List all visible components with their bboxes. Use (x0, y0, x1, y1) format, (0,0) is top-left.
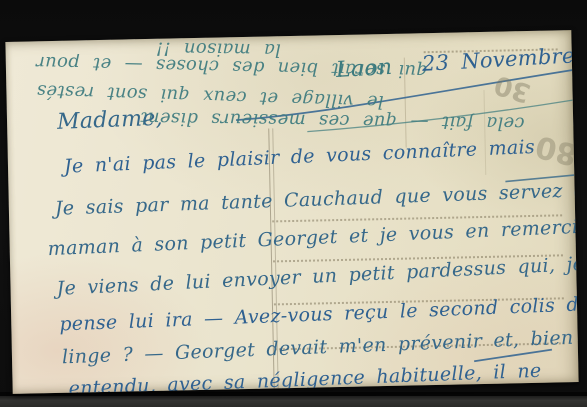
last-line-pre: entendu, avec sa (68, 371, 257, 394)
inverted-message-line: cela fait — que ces messieurs disent (140, 107, 525, 133)
pencil-mark: 80 (532, 128, 578, 172)
underlined-word: négligence (256, 366, 365, 393)
pencil-mark: 30 (491, 69, 534, 108)
salutation: Madame, (57, 106, 164, 135)
scan-background: la maison !! qui serait bien des choses … (0, 0, 587, 407)
inverted-message-line: le village et ceux qui sont restés (36, 80, 384, 112)
last-line-post: habituelle, il ne (365, 360, 542, 389)
message-line: Je sais par ma tante Cauchaud que vous s… (55, 179, 579, 220)
message-line: Je n'ai pas le plaisir de vous connaître… (64, 136, 536, 178)
postcard: la maison !! qui serait bien des choses … (5, 30, 578, 394)
scanner-tray-strip (0, 396, 587, 407)
dateline-place: Laon (335, 55, 393, 83)
